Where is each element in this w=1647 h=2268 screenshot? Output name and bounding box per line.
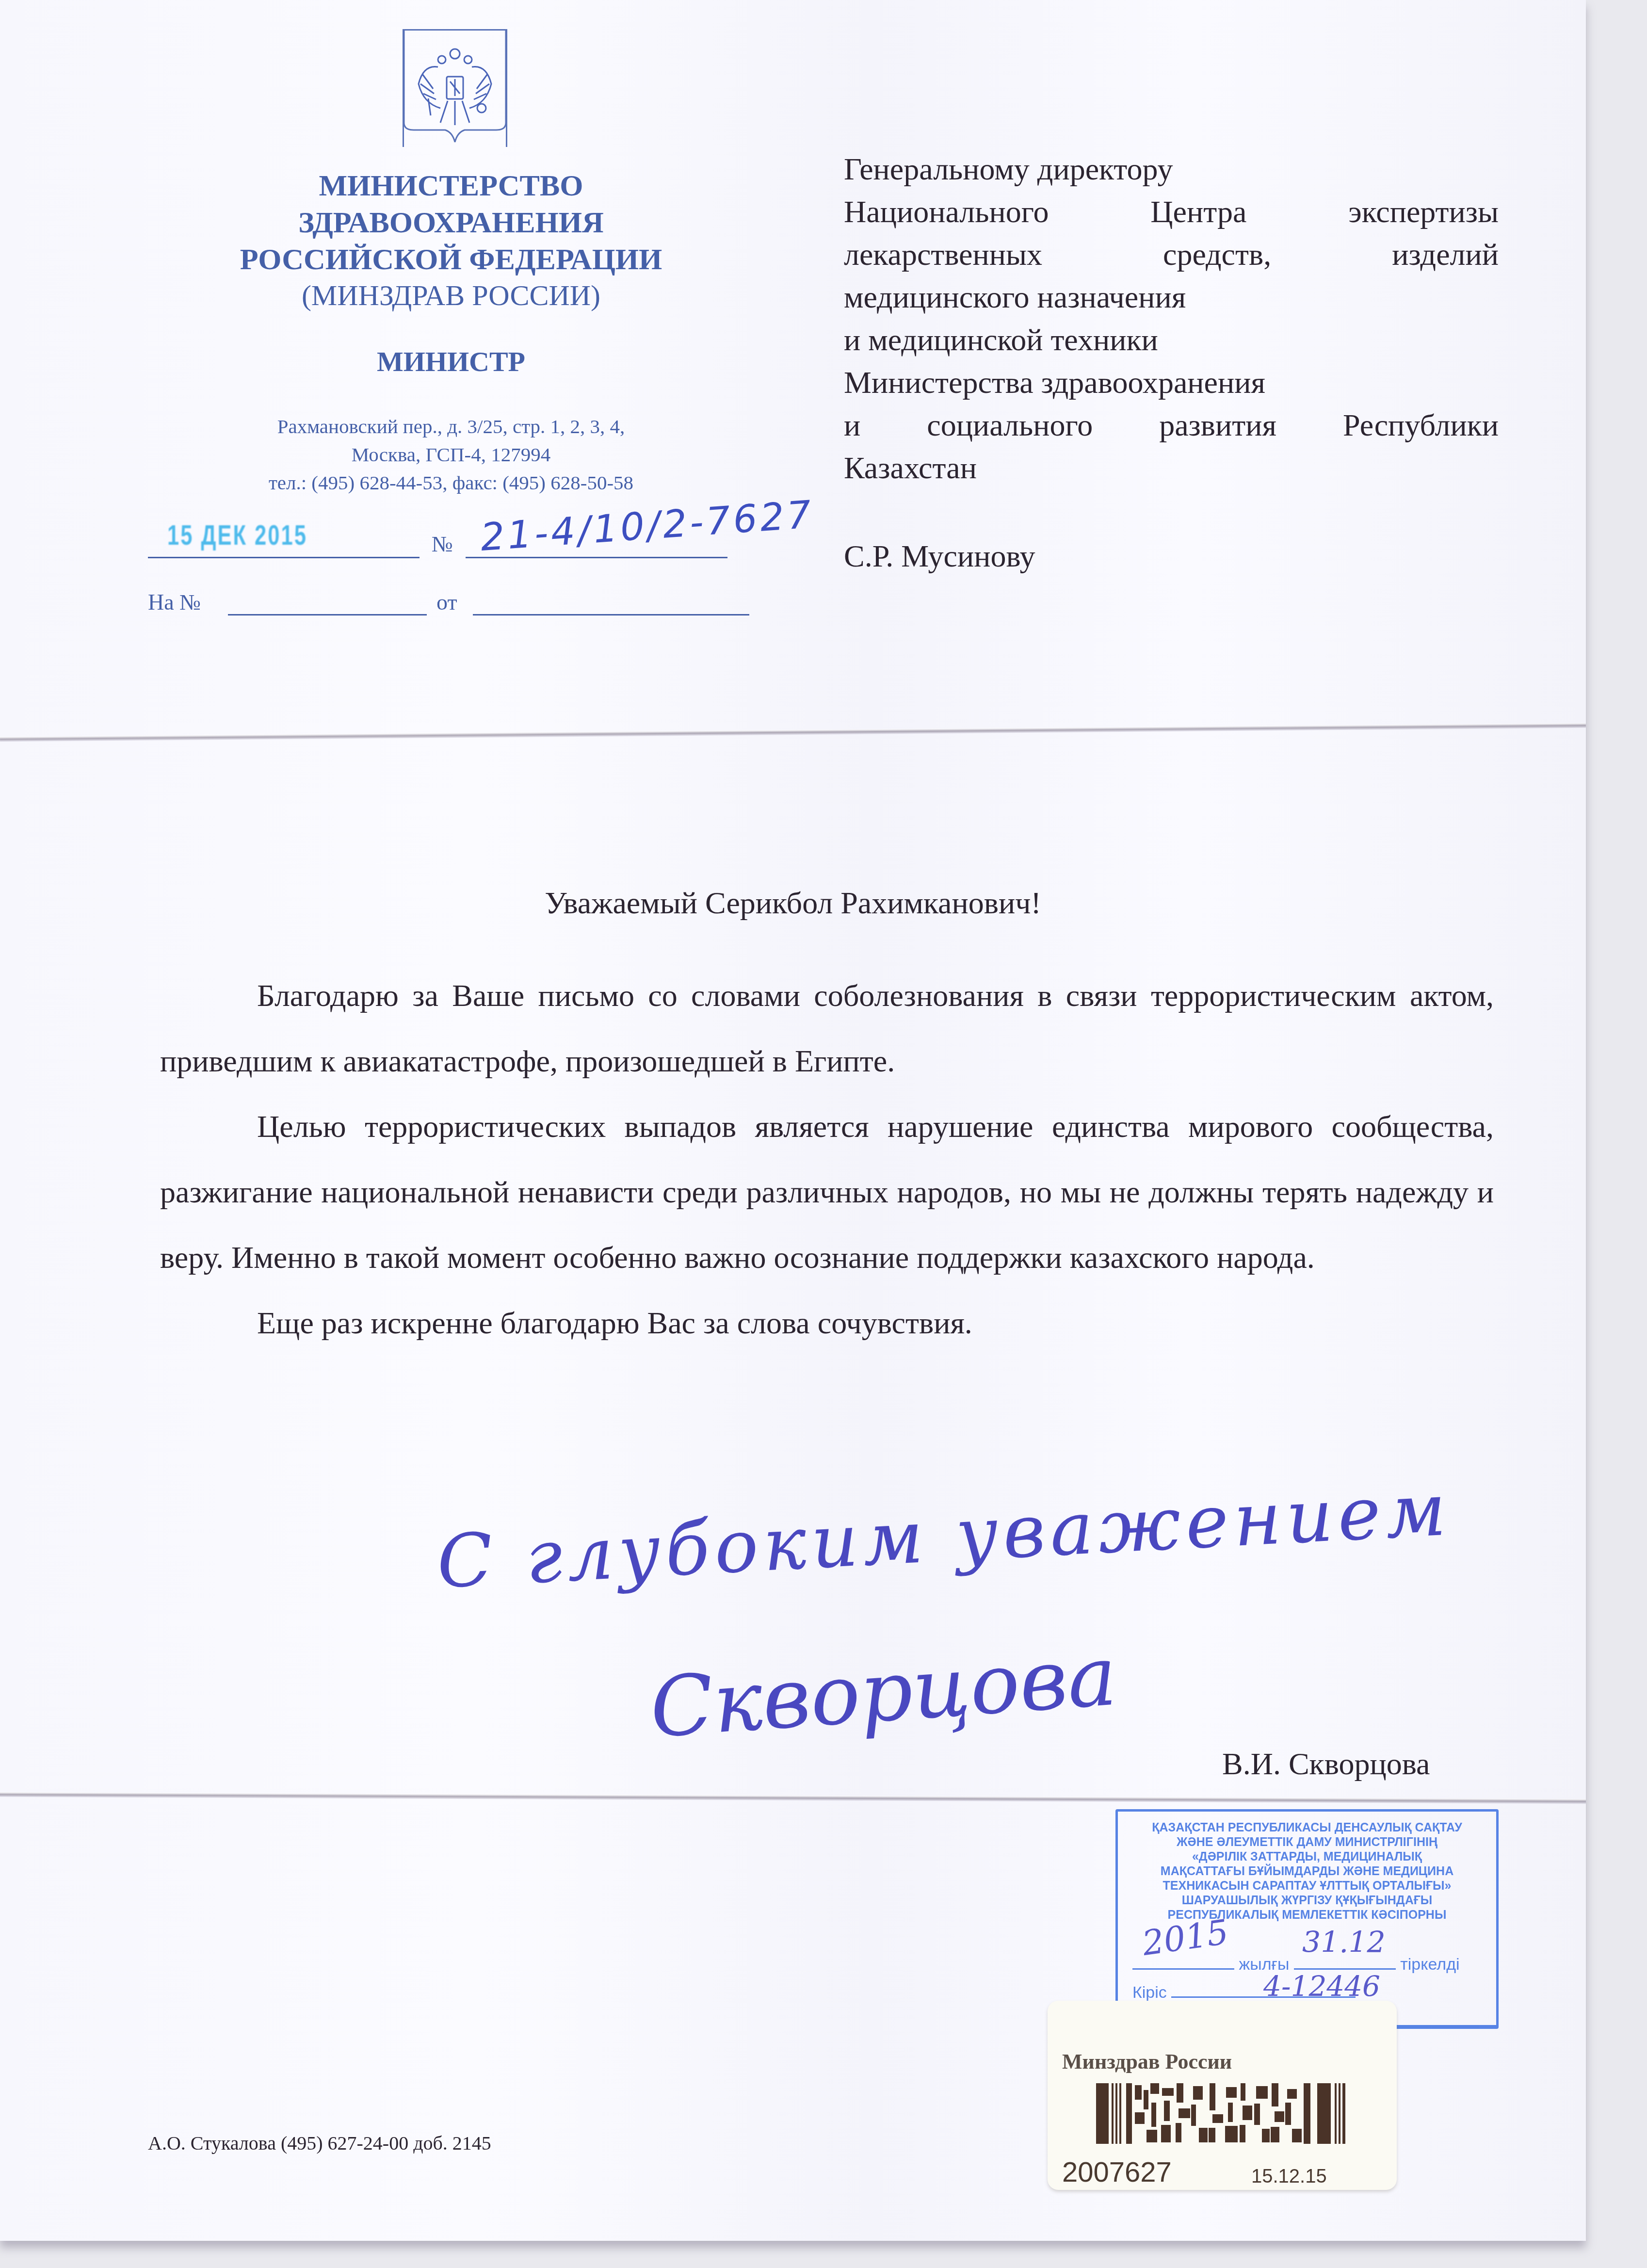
ministry-name: МИНИСТЕРСТВО ЗДРАВООХРАНЕНИЯ РОССИЙСКОЙ … xyxy=(165,167,737,278)
paragraph: Благодарю за Ваше письмо со словами собо… xyxy=(160,963,1494,1094)
from-field xyxy=(473,592,749,621)
handwritten-incoming-number: 4-12446 xyxy=(1263,1979,1380,1993)
from-label: от xyxy=(436,589,457,615)
handwritten-year: 2015 xyxy=(1142,1925,1229,1951)
paragraph: Целью террористических выпадов является … xyxy=(160,1094,1494,1290)
recipient-name: С.Р. Мусинову xyxy=(844,538,1035,574)
ministry-address: Рахмановский пер., д. 3/25, стр. 1, 2, 3… xyxy=(165,412,737,497)
pdf417-barcode-icon xyxy=(1096,2083,1358,2144)
executor-contact: А.О. Стукалова (495) 627-24-00 доб. 2145 xyxy=(148,2132,491,2155)
position-title: МИНИСТР xyxy=(165,345,737,378)
double-headed-eagle-icon xyxy=(404,31,506,147)
date-stamp: 15 ДЕК 2015 xyxy=(167,519,307,551)
reply-to-field xyxy=(228,592,427,621)
letter-body: Благодарю за Ваше письмо со словами собо… xyxy=(160,963,1494,1356)
label-date: 15.12.15 xyxy=(1251,2166,1327,2187)
fold-line xyxy=(0,723,1586,742)
salutation: Уважаемый Серикбол Рахимканович! xyxy=(0,885,1586,921)
handwritten-date: 31.12 xyxy=(1302,1935,1386,1950)
barcode-label: Минздрав России 200 xyxy=(1048,2001,1397,2190)
signer-name: В.И. Скворцова xyxy=(1222,1746,1430,1782)
recipient-block: Генеральному директору Национального Цен… xyxy=(844,148,1499,489)
coat-of-arms-icon xyxy=(403,29,507,147)
registration-stamp: ҚАЗАҚСТАН РЕСПУБЛИКАСЫ ДЕНСАУЛЫҚ САҚТАУ … xyxy=(1115,1809,1499,2029)
fold-line xyxy=(0,1792,1586,1804)
number-label: № xyxy=(432,531,453,557)
label-title: Минздрав России xyxy=(1062,2049,1232,2074)
label-registration-number: 2007627 xyxy=(1062,2156,1172,2188)
paragraph: Еще раз искренне благодарю Вас за слова … xyxy=(160,1290,1494,1356)
letter-page: МИНИСТЕРСТВО ЗДРАВООХРАНЕНИЯ РОССИЙСКОЙ … xyxy=(0,0,1586,2241)
reply-to-label: На № xyxy=(148,589,201,615)
handwritten-closing: С глубоким уважением xyxy=(435,1467,1453,1604)
ministry-short-name: (МИНЗДРАВ РОССИИ) xyxy=(165,279,737,312)
handwritten-signature: Скворцова xyxy=(647,1628,1119,1757)
